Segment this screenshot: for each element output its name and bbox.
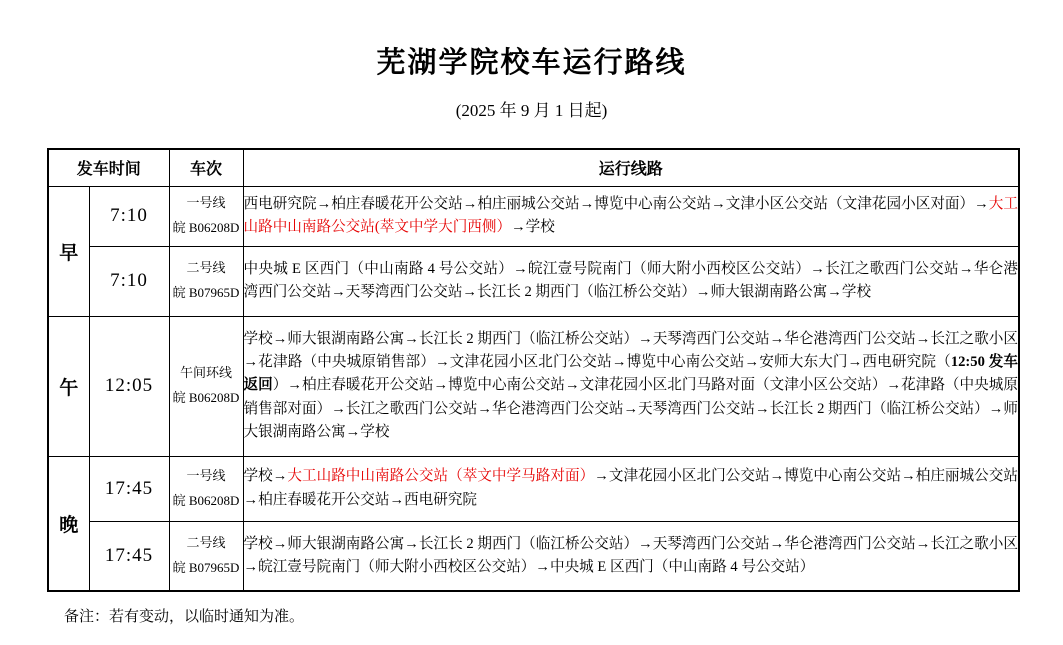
bus-cell: 一号线皖 B06208D (169, 456, 243, 521)
period-cell-morning: 早 (48, 186, 89, 316)
bus-line-name: 二号线 (170, 256, 243, 281)
bus-line-name: 一号线 (170, 191, 243, 216)
bus-plate: 皖 B06208D (170, 386, 243, 411)
route-text: 学校→师大银湖南路公寓→长江长 2 期西门（临江桥公交站）→天琴湾西门公交站→华… (244, 536, 1018, 575)
document-page: 芜湖学院校车运行路线 (2025 年 9 月 1 日起) 发车时间 车次 运行线… (0, 0, 1063, 645)
time-cell: 17:45 (89, 456, 169, 521)
bus-plate: 皖 B06208D (170, 216, 243, 241)
time-cell: 7:10 (89, 186, 169, 246)
route-text: 学校→ (244, 468, 288, 484)
route-cell: 学校→师大银湖南路公寓→长江长 2 期西门（临江桥公交站）→天琴湾西门公交站→华… (243, 521, 1019, 591)
header-bus: 车次 (169, 149, 243, 186)
page-subtitle: (2025 年 9 月 1 日起) (0, 96, 1063, 121)
header-route: 运行线路 (243, 149, 1019, 186)
table-header-row: 发车时间 车次 运行线路 (48, 149, 1019, 186)
time-cell: 17:45 (89, 521, 169, 591)
bus-cell: 一号线皖 B06208D (169, 186, 243, 246)
route-text: ）→柏庄春暖花开公交站→博览中心南公交站→文津花园小区北门马路对面（文津小区公交… (244, 377, 1018, 439)
bus-plate: 皖 B07965D (170, 556, 243, 581)
bus-cell: 二号线皖 B07965D (169, 521, 243, 591)
bus-line-name: 午间环线 (170, 361, 243, 386)
bus-cell: 午间环线皖 B06208D (169, 316, 243, 456)
bus-line-name: 二号线 (170, 531, 243, 556)
bus-schedule-table: 发车时间 车次 运行线路 早 7:10 一号线皖 B06208D 西电研究院→柏… (47, 148, 1020, 592)
table-row-noon-loop: 午 12:05 午间环线皖 B06208D 学校→师大银湖南路公寓→长江长 2 … (48, 316, 1019, 456)
route-cell: 西电研究院→柏庄春暖花开公交站→柏庄丽城公交站→博览中心南公交站→文津小区公交站… (243, 186, 1019, 246)
table-row-morning-line1: 早 7:10 一号线皖 B06208D 西电研究院→柏庄春暖花开公交站→柏庄丽城… (48, 186, 1019, 246)
period-cell-evening: 晚 (48, 456, 89, 591)
page-title: 芜湖学院校车运行路线 (0, 0, 1063, 81)
route-cell: 学校→师大银湖南路公寓→长江长 2 期西门（临江桥公交站）→天琴湾西门公交站→华… (243, 316, 1019, 456)
route-text: →学校 (511, 219, 555, 235)
bus-cell: 二号线皖 B07965D (169, 246, 243, 316)
bus-plate: 皖 B06208D (170, 489, 243, 514)
period-cell-noon: 午 (48, 316, 89, 456)
time-cell: 12:05 (89, 316, 169, 456)
time-cell: 7:10 (89, 246, 169, 316)
bus-plate: 皖 B07965D (170, 281, 243, 306)
bus-line-name: 一号线 (170, 464, 243, 489)
footer-note: 备注：若有变动，以临时通知为准。 (64, 605, 304, 626)
table-row-evening-line2: 17:45 二号线皖 B07965D 学校→师大银湖南路公寓→长江长 2 期西门… (48, 521, 1019, 591)
route-cell: 中央城 E 区西门（中山南路 4 号公交站）→皖江壹号院南门（师大附小西校区公交… (243, 246, 1019, 316)
route-text: 学校→师大银湖南路公寓→长江长 2 期西门（临江桥公交站）→天琴湾西门公交站→华… (244, 331, 1018, 370)
route-text: 西电研究院→柏庄春暖花开公交站→柏庄丽城公交站→博览中心南公交站→文津小区公交站… (244, 196, 989, 212)
route-text-highlight: 大工山路中山南路公交站（萃文中学马路对面） (287, 468, 594, 484)
route-cell: 学校→大工山路中山南路公交站（萃文中学马路对面）→文津花园小区北门公交站→博览中… (243, 456, 1019, 521)
table-row-morning-line2: 7:10 二号线皖 B07965D 中央城 E 区西门（中山南路 4 号公交站）… (48, 246, 1019, 316)
header-departure-time: 发车时间 (48, 149, 169, 186)
route-text: 中央城 E 区西门（中山南路 4 号公交站）→皖江壹号院南门（师大附小西校区公交… (244, 261, 1018, 300)
table-row-evening-line1: 晚 17:45 一号线皖 B06208D 学校→大工山路中山南路公交站（萃文中学… (48, 456, 1019, 521)
